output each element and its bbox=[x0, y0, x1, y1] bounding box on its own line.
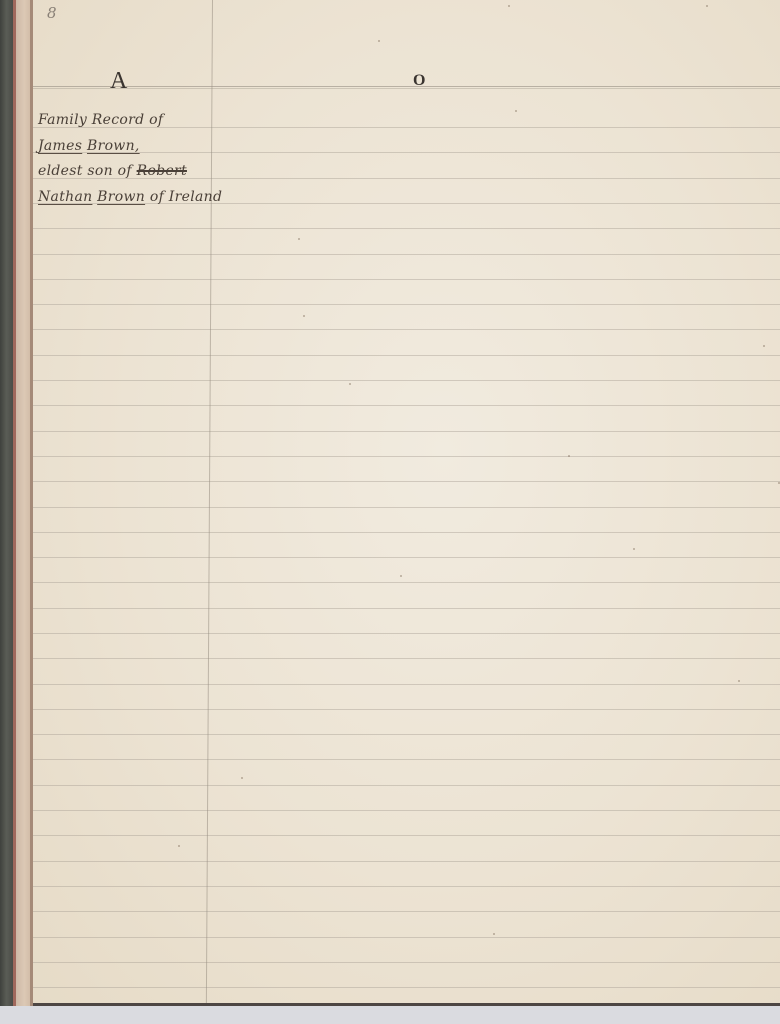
handwritten-entry: Family Record of James Brown, eldest son… bbox=[38, 108, 218, 210]
entry-line-4: Nathan Brown of Ireland bbox=[38, 185, 218, 211]
ruled-line bbox=[33, 355, 780, 356]
ruled-line bbox=[33, 684, 780, 685]
entry-line-1: Family Record of bbox=[38, 108, 218, 134]
ruled-line bbox=[33, 785, 780, 786]
ruled-line bbox=[33, 254, 780, 255]
ruled-line bbox=[33, 279, 780, 280]
paper-speck bbox=[378, 40, 380, 42]
paper-speck bbox=[568, 455, 570, 457]
ruled-line bbox=[33, 911, 780, 912]
entry-text: eldest son of bbox=[38, 163, 137, 179]
entry-text: of Ireland bbox=[145, 189, 222, 205]
father-name-last: Brown bbox=[97, 189, 145, 205]
paper-speck bbox=[303, 315, 305, 317]
ruled-line bbox=[33, 405, 780, 406]
ruled-line bbox=[33, 532, 780, 533]
paper-speck bbox=[349, 383, 351, 385]
ruled-line bbox=[33, 557, 780, 558]
header-rule bbox=[33, 86, 780, 87]
ruled-line bbox=[33, 886, 780, 887]
ruled-line bbox=[33, 709, 780, 710]
paper-speck bbox=[738, 680, 740, 682]
ruled-line bbox=[33, 431, 780, 432]
paper-speck bbox=[493, 933, 495, 935]
paper-speck bbox=[633, 548, 635, 550]
entry-name-last: Brown, bbox=[87, 138, 140, 154]
ruled-line bbox=[33, 633, 780, 634]
ruled-line bbox=[33, 810, 780, 811]
ruled-line bbox=[33, 962, 780, 963]
father-name-first: Nathan bbox=[38, 189, 92, 205]
ruled-line bbox=[33, 456, 780, 457]
entry-text: Family Record of bbox=[38, 112, 163, 128]
ruled-line bbox=[33, 861, 780, 862]
column-header-o: O bbox=[413, 72, 425, 90]
entry-name-first: James bbox=[38, 138, 82, 154]
struck-name: Robert bbox=[137, 163, 187, 179]
ruled-line bbox=[33, 582, 780, 583]
ruled-line bbox=[33, 329, 780, 330]
paper-speck bbox=[400, 575, 402, 577]
paper-speck bbox=[763, 345, 765, 347]
page-edge-strip bbox=[16, 0, 30, 1006]
paper-speck bbox=[706, 5, 708, 7]
ruled-line bbox=[33, 304, 780, 305]
ruled-line bbox=[33, 835, 780, 836]
column-header-a: A bbox=[110, 68, 127, 95]
paper-speck bbox=[178, 845, 180, 847]
ruled-line bbox=[33, 759, 780, 760]
ruled-line bbox=[33, 937, 780, 938]
ruled-line bbox=[33, 481, 780, 482]
ledger-scan: 8 A O Family Record of James Brown, elde… bbox=[0, 0, 780, 1006]
entry-line-3: eldest son of Robert bbox=[38, 159, 218, 185]
ruled-line bbox=[33, 507, 780, 508]
book-spine bbox=[0, 0, 13, 1006]
paper-speck bbox=[515, 110, 517, 112]
ruled-line bbox=[33, 734, 780, 735]
paper-speck bbox=[508, 5, 510, 7]
ruled-line bbox=[33, 228, 780, 229]
ruled-line bbox=[33, 608, 780, 609]
ruled-line bbox=[33, 658, 780, 659]
ruled-line bbox=[33, 987, 780, 988]
ledger-page: 8 A O Family Record of James Brown, elde… bbox=[33, 0, 780, 1006]
paper-speck bbox=[298, 238, 300, 240]
ruled-line bbox=[33, 380, 780, 381]
page-number: 8 bbox=[47, 4, 57, 22]
entry-line-2: James Brown, bbox=[38, 134, 218, 160]
paper-speck bbox=[241, 777, 243, 779]
